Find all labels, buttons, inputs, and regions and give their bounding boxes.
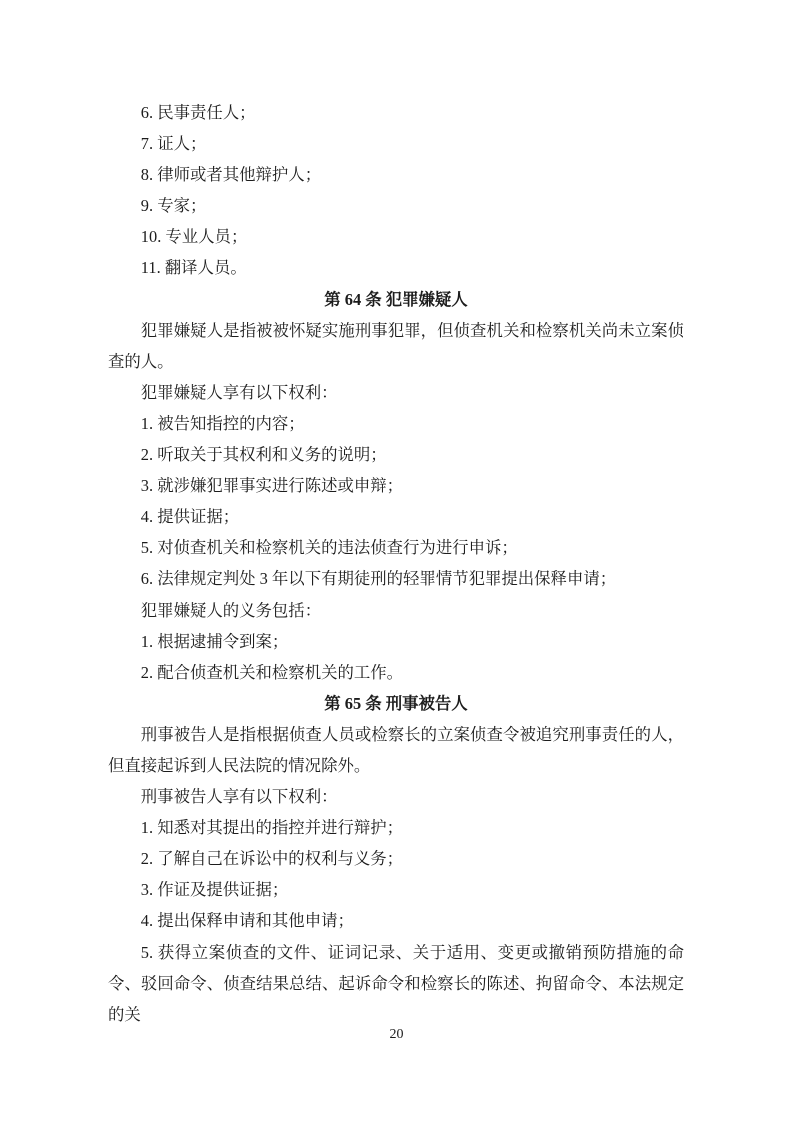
list-item: 3. 作证及提供证据；: [108, 874, 684, 905]
list-item: 2. 配合侦查机关和检察机关的工作。: [108, 657, 684, 688]
list-item: 3. 就涉嫌犯罪事实进行陈述或申辩；: [108, 470, 684, 501]
list-item: 10. 专业人员；: [108, 221, 684, 252]
list-item: 1. 被告知指控的内容；: [108, 408, 684, 439]
list-item: 6. 民事责任人；: [108, 97, 684, 128]
paragraph: 犯罪嫌疑人享有以下权利：: [108, 377, 684, 408]
list-item: 4. 提供证据；: [108, 501, 684, 532]
list-item: 1. 知悉对其提出的指控并进行辩护；: [108, 812, 684, 843]
paragraph: 刑事被告人是指根据侦查人员或检察长的立案侦查令被追究刑事责任的人，但直接起诉到人…: [108, 719, 684, 781]
list-item: 8. 律师或者其他辩护人；: [108, 159, 684, 190]
document-page: 6. 民事责任人； 7. 证人； 8. 律师或者其他辩护人； 9. 专家； 10…: [0, 0, 793, 1122]
list-item: 2. 听取关于其权利和义务的说明；: [108, 439, 684, 470]
paragraph: 刑事被告人享有以下权利：: [108, 781, 684, 812]
list-item: 5. 获得立案侦查的文件、证词记录、关于适用、变更或撤销预防措施的命令、驳回命令…: [108, 937, 684, 1030]
document-body: 6. 民事责任人； 7. 证人； 8. 律师或者其他辩护人； 9. 专家； 10…: [108, 97, 684, 1030]
article-heading: 第 64 条 犯罪嫌疑人: [108, 284, 684, 315]
page-number: 20: [0, 1026, 793, 1044]
paragraph: 犯罪嫌疑人的义务包括：: [108, 595, 684, 626]
list-item: 4. 提出保释申请和其他申请；: [108, 905, 684, 936]
list-item: 2. 了解自己在诉讼中的权利与义务；: [108, 843, 684, 874]
list-item: 5. 对侦查机关和检察机关的违法侦查行为进行申诉；: [108, 532, 684, 563]
paragraph: 犯罪嫌疑人是指被被怀疑实施刑事犯罪，但侦查机关和检察机关尚未立案侦查的人。: [108, 315, 684, 377]
list-item: 6. 法律规定判处 3 年以下有期徒刑的轻罪情节犯罪提出保释申请；: [108, 563, 684, 594]
list-item: 9. 专家；: [108, 190, 684, 221]
article-heading: 第 65 条 刑事被告人: [108, 688, 684, 719]
list-item: 1. 根据逮捕令到案；: [108, 626, 684, 657]
list-item: 11. 翻译人员。: [108, 252, 684, 283]
list-item: 7. 证人；: [108, 128, 684, 159]
